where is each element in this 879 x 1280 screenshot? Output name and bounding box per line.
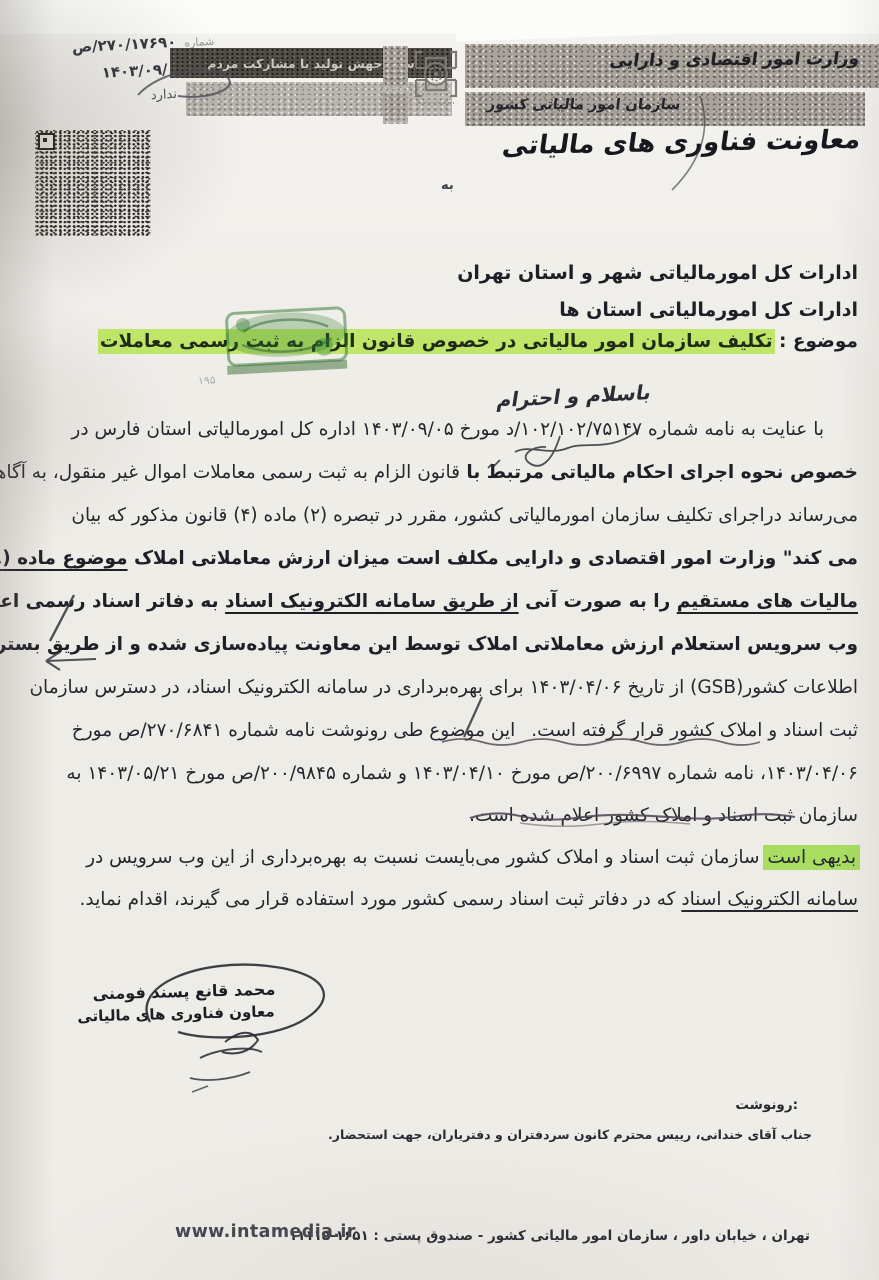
recipient-line-2: ادارات کل امورمالیاتی استان ها bbox=[457, 292, 858, 329]
body-line-3: می‌رساند دراجرای تکلیف سازمان امورمالیات… bbox=[71, 496, 858, 539]
body-text-bold: خصوص نحوه اجرای احکام مالیاتی مرتبط با bbox=[460, 462, 858, 483]
body-line-10: سازمان ثبت اسناد و املاک کشور اعلام شده … bbox=[469, 796, 858, 839]
to-label: به bbox=[441, 178, 454, 193]
body-text-pen-underlined: این موضوع طی رونوشت نامه شماره ۲۷۰/۶۸۴۱/… bbox=[72, 720, 516, 741]
scan-corner-wedge bbox=[454, 0, 879, 42]
body-text-bold: را به صورت آنی bbox=[519, 591, 677, 612]
body-text: ثبت اسناد و املاک کشور قرار گرفته است. bbox=[531, 720, 858, 741]
body-line-6: وب سرویس استعلام ارزش معاملاتی املاک توس… bbox=[0, 625, 858, 668]
body-text-bold-underline: از طریق سامانه الکترونیک اسناد bbox=[225, 591, 519, 612]
body-line-12: سامانه الکترونیک اسناد که در دفاتر ثبت ا… bbox=[80, 880, 858, 923]
signatory-title: معاون فناوری های مالیاتی bbox=[76, 1002, 276, 1025]
scanned-official-letter: شماره ۲۷۰/۱۷۶۹۰/ص تاریخ ۱۴۰۳/۰۹/۰۶ پیوست… bbox=[0, 0, 879, 1280]
qr-finder-icon bbox=[38, 133, 55, 150]
band-tile-left-top bbox=[383, 46, 408, 86]
attachment-value: ندارد bbox=[150, 87, 177, 103]
body-line-4: می کند" وزارت امور اقتصادی و دارایی مکلف… bbox=[0, 539, 858, 582]
body-line-9: ۱۴۰۳/۰۴/۰۶، نامه شماره ۲۰۰/۶۹۹۷/ص مورخ ۱… bbox=[66, 754, 858, 797]
pencil-margin-note: ۱۹۵ bbox=[198, 373, 217, 387]
number-value: ۲۷۰/۱۷۶۹۰/ص bbox=[72, 33, 177, 56]
body-text-bold-underline: مالیات های مستقیم bbox=[677, 591, 858, 612]
deputy-title: معاونت فناوری های مالیاتی bbox=[500, 125, 862, 161]
letter-body: با عنایت به نامه شماره ۱۰۲/۱۰۲/۷۵۱۴۷/د م… bbox=[62, 410, 858, 930]
body-line-8: ثبت اسناد و املاک کشور قرار گرفته است.ای… bbox=[72, 711, 858, 754]
body-text: سازمان ثبت اسناد و املاک کشور می‌بایست ن… bbox=[86, 847, 765, 868]
body-text: می‌رساند دراجرای تکلیف سازمان امورمالیات… bbox=[71, 505, 858, 526]
body-text-bold: می کند" وزارت امور اقتصادی و دارایی مکلف… bbox=[128, 548, 858, 569]
band-tile-left-bottom bbox=[383, 92, 408, 124]
recipients-block: ادارات کل امورمالیاتی شهر و استان تهران … bbox=[457, 255, 858, 329]
tax-organization-emblem-icon bbox=[408, 42, 464, 108]
footer-website: www.intamedia.ir bbox=[175, 1222, 356, 1242]
body-line-5: مالیات های مستقیم را به صورت آنی از طریق… bbox=[0, 582, 858, 625]
body-line-1: با عنایت به نامه شماره ۱۰۲/۱۰۲/۷۵۱۴۷/د م… bbox=[71, 410, 858, 453]
body-line-7: اطلاعات کشور(GSB) از تاریخ ۱۴۰۳/۰۴/۰۶ بر… bbox=[29, 668, 858, 711]
body-text-bold-underline: موضوع ماده (٦٤) قانون bbox=[0, 548, 128, 569]
body-text: قانون الزام به ثبت رسمی معاملات اموال غی… bbox=[0, 462, 460, 483]
signatory-name: محمد قانع پسند فومنی bbox=[84, 979, 284, 1003]
qr-code bbox=[35, 130, 151, 236]
subject-label: موضوع : bbox=[779, 331, 858, 352]
body-text-bold: به دفاتر اسناد رسمی اعلام نماید"، bbox=[0, 591, 225, 612]
organization-title: سازمان امور مالیاتی کشور bbox=[486, 97, 681, 113]
cc-line: جناب آقای خندانی، رییس محترم کانون سردفت… bbox=[328, 1127, 812, 1142]
body-text: اطلاعات کشور(GSB) از تاریخ ۱۴۰۳/۰۴/۰۶ بر… bbox=[29, 677, 858, 698]
cc-label: رونوشت: bbox=[735, 1097, 798, 1113]
body-text: ۱۴۰۳/۰۴/۰۶، نامه شماره ۲۰۰/۶۹۹۷/ص مورخ ۱… bbox=[66, 763, 858, 784]
body-text: با عنایت به نامه شماره ۱۰۲/۱۰۲/۷۵۱۴۷/د م… bbox=[71, 419, 824, 440]
body-text-bold: وب سرویس استعلام ارزش معاملاتی املاک توس… bbox=[0, 634, 858, 655]
body-text: که در دفاتر ثبت اسناد رسمی کشور مورد است… bbox=[80, 889, 682, 910]
body-text-underline: سامانه الکترونیک اسناد bbox=[681, 889, 858, 910]
subject-text-highlighted: تکلیف سازمان امور مالیاتی در خصوص قانون … bbox=[100, 331, 773, 352]
body-text: سازمان ثبت اسناد و املاک کشور اعلام شده … bbox=[469, 805, 858, 826]
subject-line: موضوع : تکلیف سازمان امور مالیاتی در خصو… bbox=[100, 331, 858, 352]
recipient-line-1: ادارات کل امورمالیاتی شهر و استان تهران bbox=[457, 255, 858, 292]
footer-address: تهران ، خیابان داور ، سازمان امور مالیات… bbox=[289, 1228, 810, 1244]
body-text-highlighted: بدیهی است bbox=[765, 847, 858, 868]
body-line-11: بدیهی است سازمان ثبت اسناد و املاک کشور … bbox=[86, 838, 858, 881]
body-line-2: خصوص نحوه اجرای احکام مالیاتی مرتبط با ق… bbox=[0, 453, 858, 496]
ministry-title: وزارت امور اقتصادی و دارایی bbox=[608, 49, 860, 71]
handwritten-greeting: باسلام و احترام bbox=[495, 380, 653, 412]
